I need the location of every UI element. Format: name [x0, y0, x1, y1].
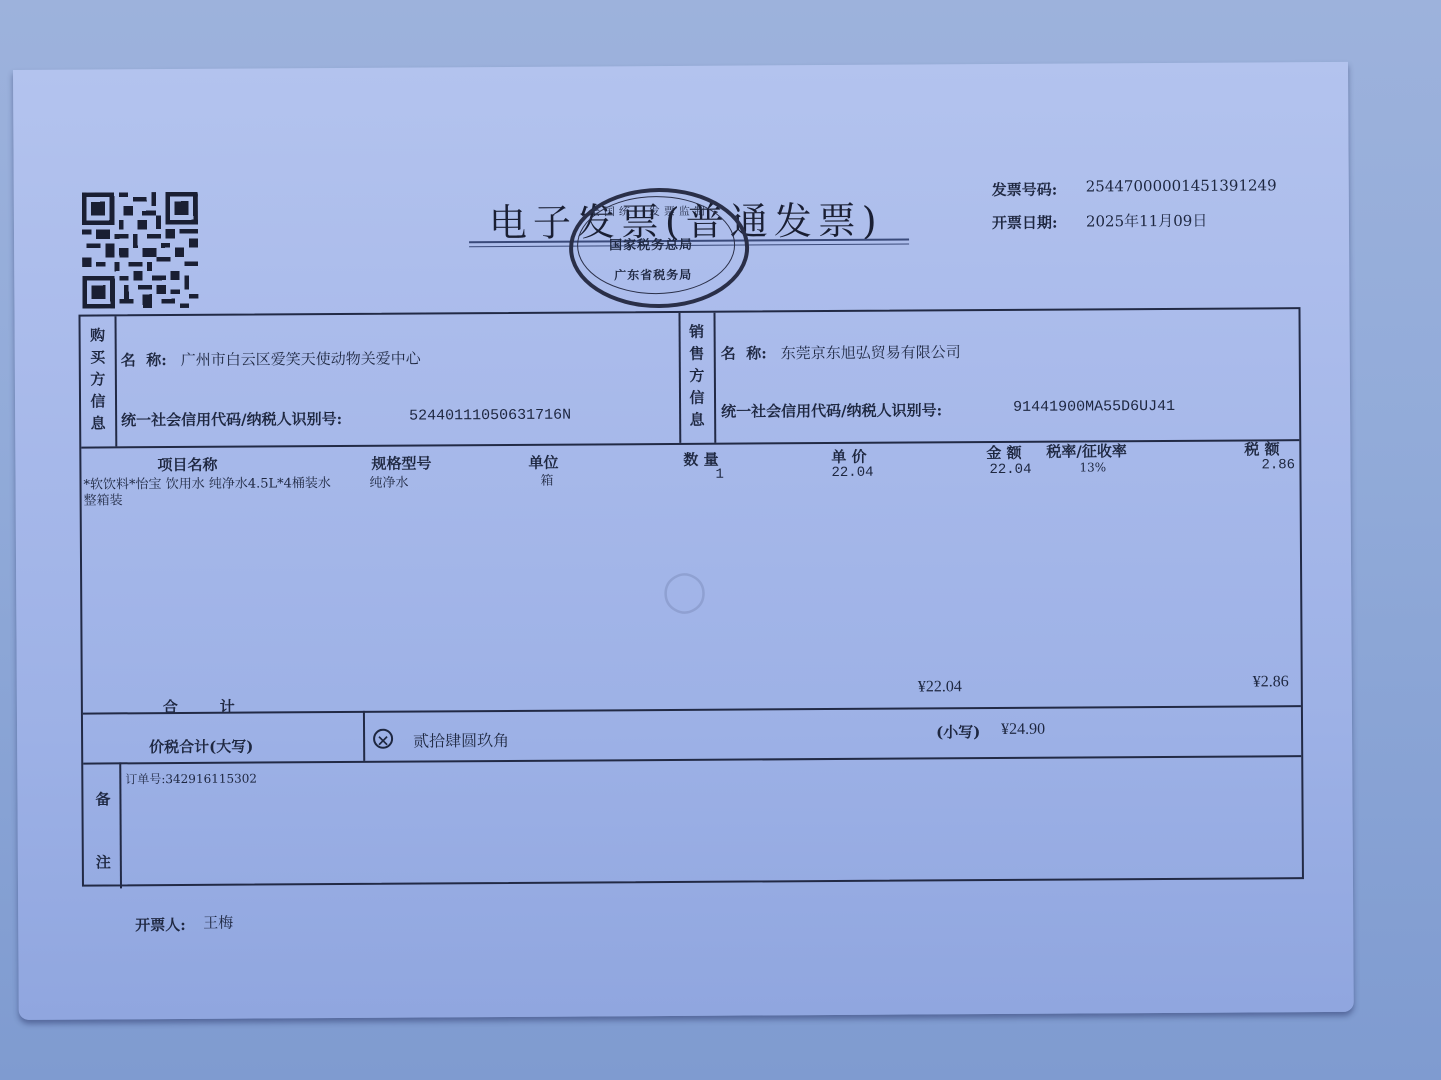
remarks-divider [119, 762, 122, 888]
grand-total-bottom [83, 755, 1301, 764]
remarks-text: 订单号:342916115302 [125, 770, 257, 788]
header-spec: 规格型号 [371, 452, 431, 473]
seller-tax-id: 91441900MA55D6UJ41 [1013, 398, 1175, 416]
item-unit-price: 22.04 [831, 465, 873, 481]
invoice-table-frame: 购 买 方 信 息 名 称: 广州市白云区爱笑天使动物关爱中心 统一社会信用代码… [78, 307, 1303, 886]
party-divider [678, 313, 681, 443]
item-tax: 2.86 [1261, 457, 1295, 473]
buyer-label-divider [115, 316, 118, 446]
item-amount: 22.04 [989, 462, 1031, 478]
grand-total-words: 贰拾肆圆玖角 [413, 728, 509, 752]
item-quantity: 1 [715, 467, 724, 483]
item-name-line2: 整箱装 [84, 489, 123, 508]
issue-date-label: 开票日期: [992, 212, 1058, 233]
seller-tax-id-label: 统一社会信用代码/纳税人识别号: [721, 399, 942, 421]
buyer-tax-id: 52440111050631716N [409, 407, 571, 425]
totals-divider [83, 705, 1301, 714]
grand-total-small-label: (小写) [936, 721, 980, 742]
header-amount: 金 额 [986, 442, 1021, 463]
header-tax-rate: 税率/征收率 [1046, 440, 1127, 461]
faint-stamp-mark: ◯ [662, 568, 707, 614]
buyer-name-label: 名 称: [121, 349, 167, 370]
seal-text-line1: 国家税务总局 [609, 234, 693, 254]
item-tax-rate: 13% [1079, 460, 1106, 474]
issuer-label: 开票人: [135, 914, 186, 935]
remarks-label-2: 注 [96, 851, 111, 872]
invoice-number-label: 发票号码: [992, 179, 1058, 200]
issue-date: 2025年11月09日 [1086, 210, 1207, 232]
seller-name: 东莞京东旭弘贸易有限公司 [781, 341, 961, 363]
tax-total: ¥2.86 [1253, 673, 1289, 691]
amount-total: ¥22.04 [918, 678, 962, 696]
buyer-name: 广州市白云区爱笑天使动物关爱中心 [181, 348, 421, 370]
grand-total-divider [363, 711, 365, 761]
invoice-paper: 电子发票(普通发票) 全国统一发票监制 国家税务总局 广东省税务局 发票号码: … [13, 62, 1354, 1020]
seller-name-label: 名 称: [721, 342, 767, 363]
grand-total: ¥24.90 [1001, 721, 1045, 739]
item-unit: 箱 [540, 470, 553, 489]
issuer-name: 王梅 [203, 912, 233, 933]
header-unit-price: 单 价 [831, 446, 866, 467]
x-circle-icon: × [373, 729, 393, 749]
remarks-label-1: 备 [95, 788, 110, 809]
item-spec: 纯净水 [369, 472, 408, 491]
buyer-tax-id-label: 统一社会信用代码/纳税人识别号: [121, 408, 342, 430]
buyer-section-label: 购 买 方 信 息 [89, 324, 108, 434]
seller-label-divider [713, 313, 716, 443]
seal-text-line2: 广东省税务局 [614, 266, 692, 283]
seller-section-label: 销 售 方 信 息 [688, 321, 707, 431]
grand-total-label: 价税合计(大写) [149, 736, 253, 758]
seal-top-text: 全国统一发票监制 [589, 203, 709, 220]
qr-code-icon [82, 192, 199, 309]
table-row: *软饮料*怡宝 饮用水 纯净水4.5L*4桶装水 整箱装 纯净水 箱 1 22.… [81, 309, 1299, 316]
invoice-number: 25447000001451391249 [1086, 176, 1277, 195]
header-quantity: 数 量 [683, 449, 718, 470]
